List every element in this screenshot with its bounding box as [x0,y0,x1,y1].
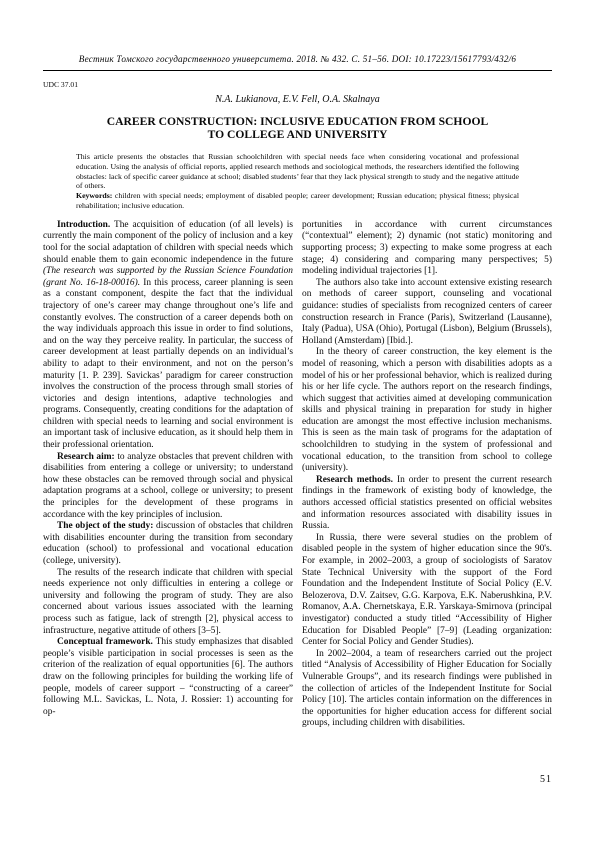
text-segment: In Russia, there were several studies on… [302,533,552,647]
text-segment: In this process, career planning is seen… [43,278,293,450]
paragraph: In the theory of career construction, th… [302,347,552,475]
text-segment: This study emphasizes that disabled peop… [43,637,293,717]
paragraph: In Russia, there were several studies on… [302,533,552,649]
text-segment: The object of the study: [57,521,153,531]
abstract-block: This article presents the obstacles that… [76,152,519,211]
text-segment: The authors also take into account exten… [302,278,552,346]
text-segment: Introduction. [57,220,110,230]
paragraph: The authors also take into account exten… [302,278,552,348]
page-number: 51 [540,774,552,785]
text-segment: The results of the research indicate tha… [43,568,293,636]
body-columns: Introduction. The acquisition of educati… [43,220,552,730]
page-content: Вестник Томского государственного универ… [43,0,552,730]
text-segment: Research aim: [57,452,115,462]
text-segment: Conceptual framework. [57,637,153,647]
abstract-text: This article presents the obstacles that… [76,152,519,191]
udc-label: UDC 37.01 [43,80,552,89]
text-segment: In 2002–2004, a team of researchers carr… [302,649,552,729]
paragraph: The results of the research indicate tha… [43,568,293,638]
keywords-line: Keywords: children with special needs; e… [76,191,519,211]
keywords-label: Keywords: [76,191,112,200]
paragraph: In 2002–2004, a team of researchers carr… [302,649,552,730]
keywords-text: children with special needs; employment … [76,191,519,210]
right-column: portunities in accordance with current c… [302,220,552,730]
text-segment: portunities in accordance with current c… [302,220,552,276]
journal-header: Вестник Томского государственного универ… [43,54,552,71]
paragraph: Introduction. The acquisition of educati… [43,220,293,452]
article-title-line1: CAREER CONSTRUCTION: INCLUSIVE EDUCATION… [43,115,552,128]
paragraph: Research methods. In order to present th… [302,475,552,533]
paragraph: portunities in accordance with current c… [302,220,552,278]
paragraph: Conceptual framework. This study emphasi… [43,637,293,718]
article-title-line2: TO COLLEGE AND UNIVERSITY [43,128,552,141]
text-segment: In the theory of career construction, th… [302,347,552,473]
text-segment: Research methods. [316,475,393,485]
paragraph: The object of the study: discussion of o… [43,521,293,567]
left-column: Introduction. The acquisition of educati… [43,220,293,730]
paragraph: Research aim: to analyze obstacles that … [43,452,293,522]
authors-line: N.A. Lukianova, E.V. Fell, O.A. Skalnaya [43,94,552,105]
article-title: CAREER CONSTRUCTION: INCLUSIVE EDUCATION… [43,115,552,141]
